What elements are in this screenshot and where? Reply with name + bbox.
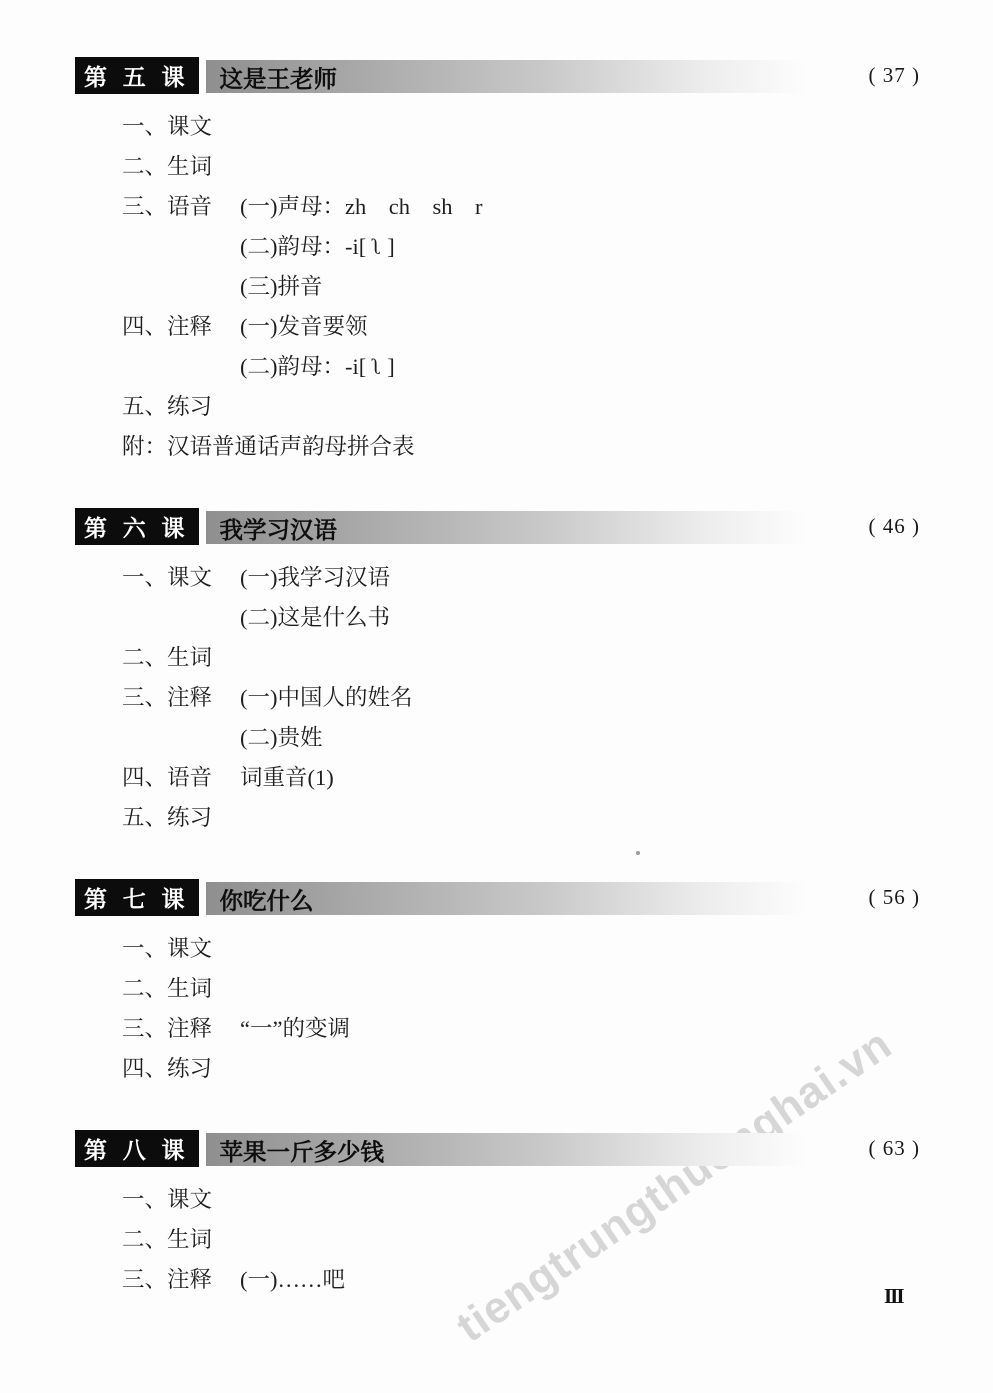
toc-row: (二)韵母：-i[ ʅ ] (75, 345, 920, 385)
page-folio-number: III (884, 1284, 903, 1309)
toc-row: (二)这是什么书 (75, 596, 920, 636)
toc-row: (二)韵母：-i[ ʅ ] (75, 225, 920, 265)
lesson-title: 苹果一斤多少钱 (220, 1133, 385, 1167)
toc-item-label: 二、生词 (122, 149, 240, 181)
table-of-contents: 第 五 课 这是王老师 ( 37 ) 一、课文 二、生词 三、语音(一)声母：z… (75, 57, 920, 1298)
toc-item-label: 三、注释 (122, 1011, 240, 1043)
lesson-title-bar: 我学习汉语 (206, 511, 826, 544)
lesson-page-number: ( 37 ) (825, 57, 920, 94)
lesson-section-7: 第 七 课 你吃什么 ( 56 ) 一、课文 二、生词 三、注释“一”的变调 四… (75, 879, 920, 1087)
lesson-header: 第 五 课 这是王老师 ( 37 ) (75, 57, 920, 94)
toc-item-label: 一、课文 (122, 109, 240, 141)
toc-row: 四、注释(一)发音要领 (75, 305, 920, 345)
toc-row: 一、课文 (75, 1178, 920, 1218)
toc-subitem: (二)韵母：-i[ ʅ ] (240, 229, 395, 261)
lesson-entries: 一、课文 二、生词 三、注释“一”的变调 四、练习 (75, 927, 920, 1087)
scan-speck (636, 851, 640, 855)
lesson-number-badge: 第 七 课 (75, 879, 199, 916)
toc-subitem: (一)中国人的姓名 (240, 680, 413, 712)
lesson-section-6: 第 六 课 我学习汉语 ( 46 ) 一、课文(一)我学习汉语 (二)这是什么书… (75, 508, 920, 836)
lesson-entries: 一、课文 二、生词 三、语音(一)声母：zh ch sh r (二)韵母：-i[… (75, 105, 920, 465)
lesson-number-badge: 第 八 课 (75, 1130, 199, 1167)
lesson-title: 你吃什么 (220, 882, 314, 916)
lesson-number-badge: 第 六 课 (75, 508, 199, 545)
toc-row: 三、语音(一)声母：zh ch sh r (75, 185, 920, 225)
toc-row: 二、生词 (75, 145, 920, 185)
toc-row: 一、课文 (75, 105, 920, 145)
toc-subitem: (二)贵姓 (240, 720, 323, 752)
lesson-title-bar: 苹果一斤多少钱 (206, 1133, 826, 1166)
toc-row: 二、生词 (75, 967, 920, 1007)
toc-item-label: 三、注释 (122, 680, 240, 712)
lesson-entries: 一、课文 二、生词 三、注释(一)……吧 (75, 1178, 920, 1298)
toc-row: 二、生词 (75, 1218, 920, 1258)
toc-item-label: 二、生词 (122, 971, 240, 1003)
lesson-entries: 一、课文(一)我学习汉语 (二)这是什么书 二、生词 三、注释(一)中国人的姓名… (75, 556, 920, 836)
toc-item-label: 附：汉语普通话声韵母拼合表 (122, 429, 415, 461)
toc-row: 三、注释“一”的变调 (75, 1007, 920, 1047)
toc-row: 一、课文 (75, 927, 920, 967)
lesson-title-bar: 你吃什么 (206, 882, 826, 915)
toc-row: 四、语音词重音(1) (75, 756, 920, 796)
toc-subitem: (一)……吧 (240, 1262, 345, 1294)
toc-item-label: 四、语音 (122, 760, 240, 792)
lesson-title: 我学习汉语 (220, 511, 338, 545)
lesson-section-5: 第 五 课 这是王老师 ( 37 ) 一、课文 二、生词 三、语音(一)声母：z… (75, 57, 920, 465)
toc-subitem: (一)发音要领 (240, 309, 368, 341)
toc-item-label: 五、练习 (122, 389, 240, 421)
toc-item-label: 一、课文 (122, 1182, 240, 1214)
toc-item-label: 五、练习 (122, 800, 240, 832)
toc-row: 五、练习 (75, 796, 920, 836)
toc-item-label: 二、生词 (122, 640, 240, 672)
lesson-header: 第 八 课 苹果一斤多少钱 ( 63 ) (75, 1130, 920, 1167)
lesson-title-bar: 这是王老师 (206, 60, 826, 93)
lesson-section-8: 第 八 课 苹果一斤多少钱 ( 63 ) 一、课文 二、生词 三、注释(一)……… (75, 1130, 920, 1298)
toc-subitem: (一)声母：zh ch sh r (240, 189, 482, 221)
toc-row: 三、注释(一)中国人的姓名 (75, 676, 920, 716)
toc-row: 附：汉语普通话声韵母拼合表 (75, 425, 920, 465)
lesson-page-number: ( 56 ) (825, 879, 920, 916)
toc-row: 二、生词 (75, 636, 920, 676)
toc-subitem: (一)我学习汉语 (240, 560, 390, 592)
toc-row: (三)拼音 (75, 265, 920, 305)
lesson-header: 第 六 课 我学习汉语 ( 46 ) (75, 508, 920, 545)
toc-row: (二)贵姓 (75, 716, 920, 756)
toc-subitem: (二)韵母：-i[ ʅ ] (240, 349, 395, 381)
lesson-header: 第 七 课 你吃什么 ( 56 ) (75, 879, 920, 916)
toc-subitem: “一”的变调 (240, 1011, 350, 1043)
toc-item-label: 三、注释 (122, 1262, 240, 1294)
toc-item-label: 一、课文 (122, 931, 240, 963)
toc-item-label: 四、注释 (122, 309, 240, 341)
toc-row: 三、注释(一)……吧 (75, 1258, 920, 1298)
toc-row: 五、练习 (75, 385, 920, 425)
toc-item-label: 二、生词 (122, 1222, 240, 1254)
lesson-title: 这是王老师 (220, 60, 338, 94)
toc-item-label: 四、练习 (122, 1051, 240, 1083)
toc-item-label: 一、课文 (122, 560, 240, 592)
toc-subitem: (二)这是什么书 (240, 600, 390, 632)
toc-item-label: 三、语音 (122, 189, 240, 221)
toc-row: 四、练习 (75, 1047, 920, 1087)
lesson-page-number: ( 63 ) (825, 1130, 920, 1167)
toc-subitem: (三)拼音 (240, 269, 323, 301)
toc-row: 一、课文(一)我学习汉语 (75, 556, 920, 596)
lesson-page-number: ( 46 ) (825, 508, 920, 545)
lesson-number-badge: 第 五 课 (75, 57, 199, 94)
toc-subitem: 词重音(1) (240, 760, 334, 792)
